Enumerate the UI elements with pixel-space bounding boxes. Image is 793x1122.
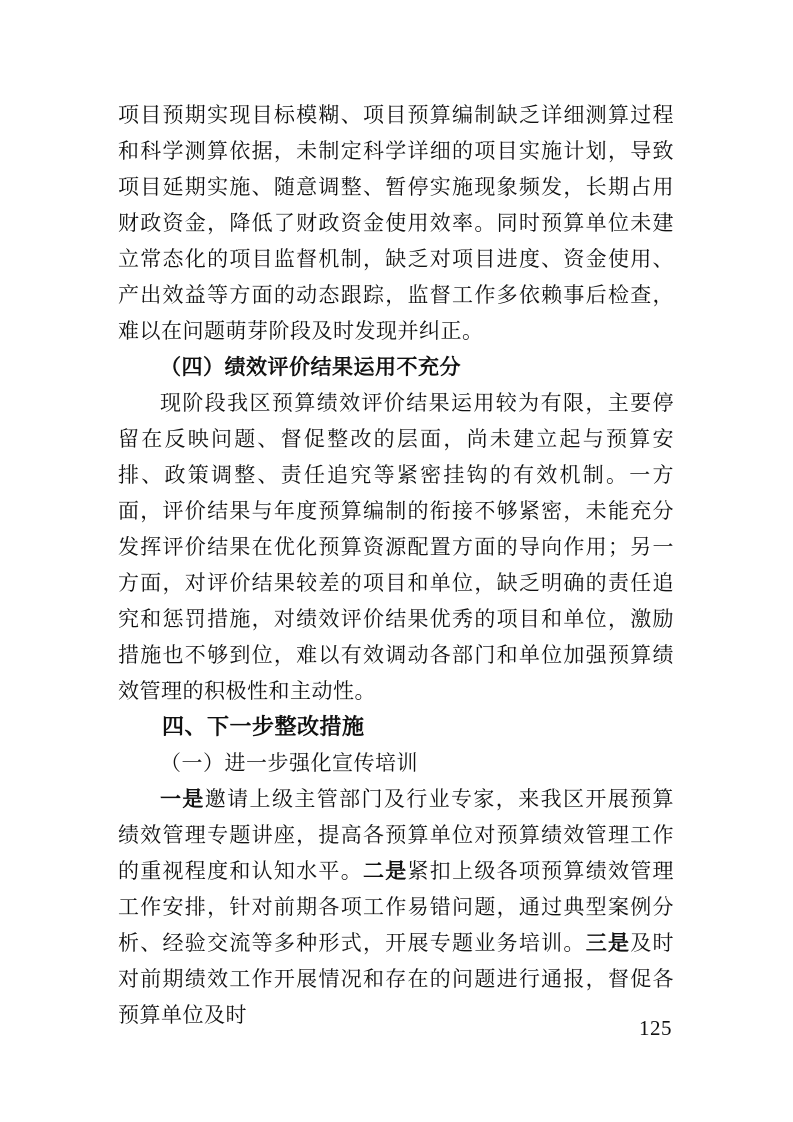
document-page: 项目预期实现目标模糊、项目预算编制缺乏详细测算过程和科学测算依据，未制定科学详细… bbox=[0, 0, 793, 1122]
measure-3-label: 三是 bbox=[586, 931, 631, 955]
heading-chapter-4: 四、下一步整改措施 bbox=[118, 709, 674, 745]
paragraph-measures: 一是邀请上级主管部门及行业专家，来我区开展预算绩效管理专题讲座，提高各预算单位对… bbox=[118, 781, 674, 1033]
paragraph-section-4: 现阶段我区预算绩效评价结果运用较为有限，主要停留在反映问题、督促整改的层面，尚未… bbox=[118, 385, 674, 709]
heading-subsection-1: （一）进一步强化宣传培训 bbox=[118, 745, 674, 781]
measure-2-label: 二是 bbox=[363, 859, 408, 883]
paragraph-continuation: 项目预期实现目标模糊、项目预算编制缺乏详细测算过程和科学测算依据，未制定科学详细… bbox=[118, 97, 674, 349]
heading-section-4: （四）绩效评价结果运用不充分 bbox=[118, 349, 674, 385]
measure-1-label: 一是 bbox=[160, 787, 205, 811]
page-body-text: 项目预期实现目标模糊、项目预算编制缺乏详细测算过程和科学测算依据，未制定科学详细… bbox=[118, 97, 674, 1033]
page-number: 125 bbox=[639, 1014, 672, 1042]
